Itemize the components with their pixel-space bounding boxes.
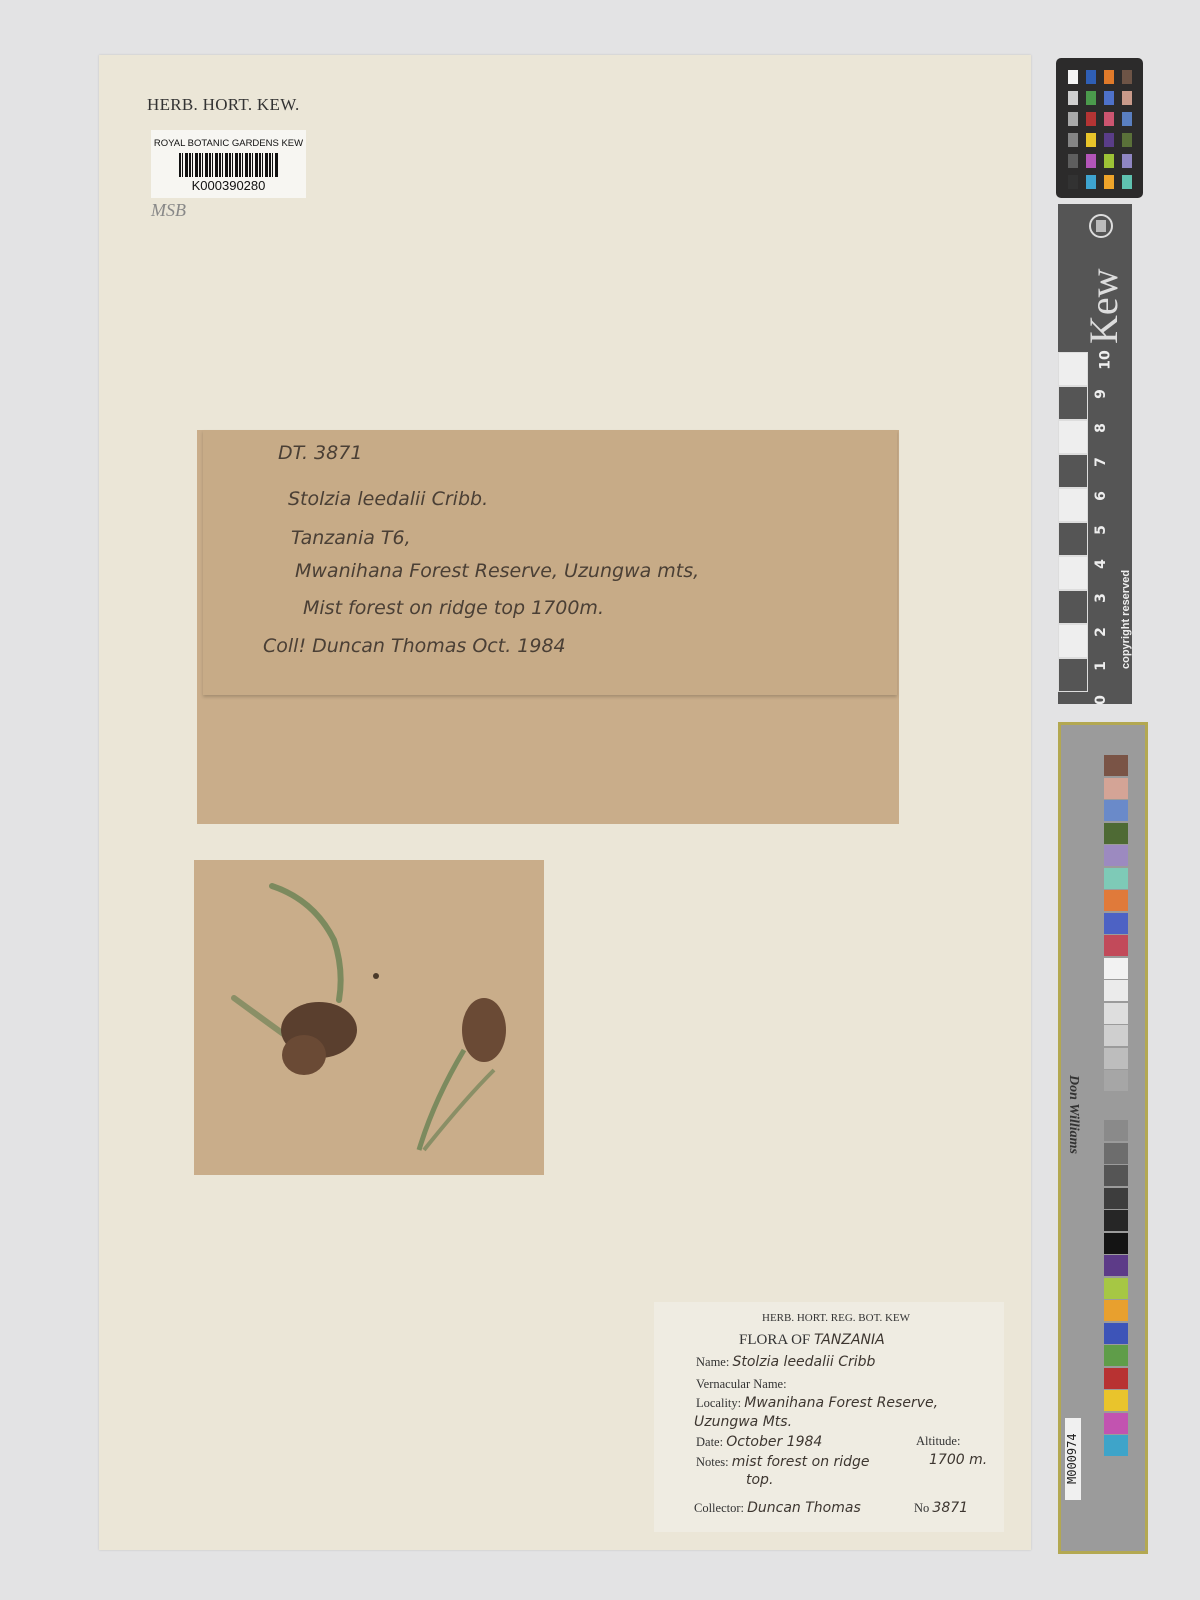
- target-patch: [1104, 1025, 1128, 1046]
- color-swatch: [1086, 175, 1096, 189]
- target-patch: [1104, 913, 1128, 934]
- collector-row: Collector: Duncan Thomas: [694, 1500, 861, 1516]
- color-swatch: [1122, 91, 1132, 105]
- target-patch: [1104, 1143, 1128, 1164]
- color-target-strip: Don Williams M000974: [1058, 722, 1148, 1554]
- packet-line: Tanzania T6,: [291, 527, 411, 549]
- target-code: M000974: [1065, 1418, 1081, 1500]
- scale-number: 3: [1093, 593, 1109, 603]
- target-patch: [1104, 1368, 1128, 1389]
- target-patch: [1104, 1345, 1128, 1366]
- flora-region: TANZANIA: [814, 1332, 885, 1348]
- notes-value: mist forest on ridge: [732, 1454, 870, 1470]
- locality-row: Locality: Mwanihana Forest Reserve,: [696, 1395, 938, 1411]
- color-swatch: [1068, 175, 1078, 189]
- target-brand: Don Williams: [1065, 1075, 1081, 1154]
- scale-number: 4: [1093, 559, 1109, 569]
- scale-number: 8: [1093, 423, 1109, 433]
- target-patch: [1104, 800, 1128, 821]
- name-label: Name:: [696, 1355, 729, 1369]
- color-swatch: [1122, 112, 1132, 126]
- mounted-specimen: [194, 860, 544, 1175]
- vernacular-label: Vernacular Name:: [696, 1377, 787, 1392]
- color-swatch: [1122, 70, 1132, 84]
- cm-scale: [1058, 352, 1088, 702]
- number-label: No: [914, 1501, 929, 1515]
- target-patch: [1104, 845, 1128, 866]
- color-swatch: [1104, 91, 1114, 105]
- date-label: Date:: [696, 1435, 723, 1449]
- packet-line: Coll! Duncan Thomas Oct. 1984: [263, 635, 566, 657]
- color-swatch: [1086, 91, 1096, 105]
- color-swatch: [1068, 154, 1078, 168]
- color-swatch: [1104, 154, 1114, 168]
- specimen-packet: DT. 3871 Stolzia leedalii Cribb. Tanzani…: [197, 430, 899, 824]
- color-swatch: [1086, 154, 1096, 168]
- target-patch: [1104, 1233, 1128, 1254]
- flora-title: FLORA OF TANZANIA: [739, 1332, 885, 1349]
- barcode-number: K000390280: [151, 178, 306, 193]
- collector-value: Duncan Thomas: [747, 1500, 861, 1516]
- target-patch: [1104, 958, 1128, 979]
- target-patch: [1104, 1165, 1128, 1186]
- scale-number: 6: [1093, 491, 1109, 501]
- scale-number: 7: [1093, 457, 1109, 467]
- packet-line: Mist forest on ridge top 1700m.: [303, 597, 604, 619]
- copyright-text: copyright reserved: [1120, 570, 1132, 669]
- flora-prefix: FLORA OF: [739, 1332, 810, 1348]
- target-patch: [1104, 1413, 1128, 1434]
- target-patch: [1104, 1255, 1128, 1276]
- scale-number: 10: [1098, 350, 1114, 369]
- color-swatch: [1086, 70, 1096, 84]
- target-patch: [1104, 1120, 1128, 1141]
- barcode-icon: [179, 153, 279, 177]
- target-patch: [1104, 1210, 1128, 1231]
- packet-line: Stolzia leedalii Cribb.: [288, 488, 488, 510]
- locality-value: Mwanihana Forest Reserve,: [744, 1395, 938, 1411]
- target-patch: [1104, 1070, 1128, 1091]
- name-value: Stolzia leedalii Cribb: [732, 1354, 875, 1370]
- kew-scale-bar: Kew 0 1 2 3 4 5 6 7 8 9 10 copyright res…: [1058, 204, 1132, 704]
- target-patch: [1104, 890, 1128, 911]
- locality-label: Locality:: [696, 1396, 741, 1410]
- packet-line: Mwanihana Forest Reserve, Uzungwa mts,: [295, 560, 699, 582]
- notes-label: Notes:: [696, 1455, 729, 1469]
- color-swatch: [1122, 175, 1132, 189]
- annotator-initials: MSB: [151, 200, 186, 221]
- target-patch: [1104, 1003, 1128, 1024]
- notes-value-2: top.: [746, 1472, 773, 1488]
- date-row: Date: October 1984: [696, 1434, 822, 1450]
- target-patch: [1104, 1048, 1128, 1069]
- collection-label: HERB. HORT. REG. BOT. KEW FLORA OF TANZA…: [654, 1302, 1004, 1532]
- scale-number: 5: [1093, 525, 1109, 535]
- color-swatch: [1104, 112, 1114, 126]
- target-patch: [1104, 935, 1128, 956]
- orchid-specimen-icon: [194, 860, 544, 1175]
- color-swatch: [1104, 175, 1114, 189]
- kew-logo: Kew: [1080, 268, 1127, 344]
- altitude-value: 1700 m.: [929, 1452, 987, 1468]
- herbarium-header: HERB. HORT. KEW.: [147, 95, 300, 115]
- label-header: HERB. HORT. REG. BOT. KEW: [762, 1312, 910, 1324]
- target-patch: [1104, 823, 1128, 844]
- color-swatch: [1068, 70, 1078, 84]
- target-patch: [1104, 1323, 1128, 1344]
- collector-label: Collector:: [694, 1501, 744, 1515]
- color-swatch: [1122, 133, 1132, 147]
- name-row: Name: Stolzia leedalii Cribb: [696, 1354, 875, 1370]
- color-swatch: [1104, 133, 1114, 147]
- packet-flap: DT. 3871 Stolzia leedalii Cribb. Tanzani…: [203, 430, 897, 695]
- locality-value-2: Uzungwa Mts.: [694, 1414, 792, 1430]
- target-patch: [1104, 1435, 1128, 1456]
- cm-scale-numbers: 0 1 2 3 4 5 6 7 8 9 10: [1096, 352, 1116, 702]
- packet-line: DT. 3871: [278, 442, 362, 464]
- institution-name: ROYAL BOTANIC GARDENS KEW: [151, 138, 306, 149]
- scale-number: 1: [1093, 661, 1109, 671]
- scale-number: 0: [1093, 695, 1109, 705]
- color-swatch: [1068, 112, 1078, 126]
- target-patch: [1104, 868, 1128, 889]
- color-swatch: [1068, 91, 1078, 105]
- color-checker-card: [1056, 58, 1143, 198]
- scale-number: 2: [1093, 627, 1109, 637]
- color-swatch: [1086, 112, 1096, 126]
- notes-row: Notes: mist forest on ridge: [696, 1454, 870, 1470]
- number-value: 3871: [932, 1500, 968, 1516]
- target-patch: [1104, 980, 1128, 1001]
- target-patch: [1104, 1188, 1128, 1209]
- target-patch: [1104, 755, 1128, 776]
- color-swatch: [1068, 133, 1078, 147]
- scale-number: 9: [1093, 389, 1109, 399]
- altitude-label: Altitude:: [916, 1434, 960, 1449]
- date-value: October 1984: [726, 1434, 822, 1450]
- target-patch: [1104, 1390, 1128, 1411]
- target-patch: [1104, 1300, 1128, 1321]
- target-patch: [1104, 1278, 1128, 1299]
- royal-crest-icon: [1086, 210, 1116, 242]
- barcode-label: ROYAL BOTANIC GARDENS KEW K000390280: [151, 130, 306, 198]
- color-swatch: [1104, 70, 1114, 84]
- herbarium-sheet: HERB. HORT. KEW. ROYAL BOTANIC GARDENS K…: [99, 55, 1031, 1550]
- color-swatch: [1086, 133, 1096, 147]
- target-patch: [1104, 778, 1128, 799]
- color-swatch: [1122, 154, 1132, 168]
- number-row: No 3871: [914, 1500, 968, 1516]
